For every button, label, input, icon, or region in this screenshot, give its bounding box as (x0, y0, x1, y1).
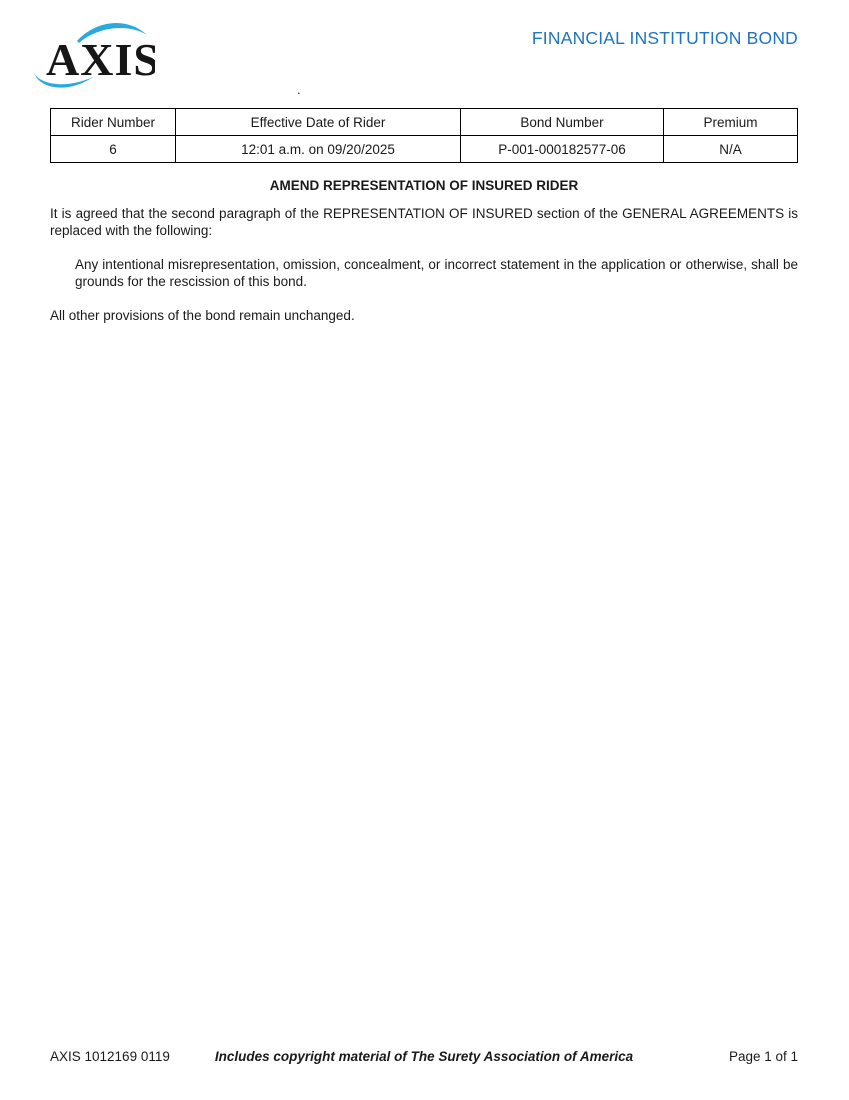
axis-logo: AXIS (33, 14, 155, 94)
table-header-bond-number: Bond Number (461, 109, 664, 136)
table-header-row: Rider Number Effective Date of Rider Bon… (51, 109, 798, 136)
footer-form-number: AXIS 1012169 0119 (50, 1049, 215, 1064)
table-header-effective-date: Effective Date of Rider (176, 109, 461, 136)
closing-paragraph: All other provisions of the bond remain … (50, 307, 798, 324)
amended-provision-paragraph: Any intentional misrepresentation, omiss… (75, 256, 798, 290)
table-header-rider-number: Rider Number (51, 109, 176, 136)
document-header-title: FINANCIAL INSTITUTION BOND (532, 28, 798, 49)
document-page: AXIS FINANCIAL INSTITUTION BOND . Rider … (0, 0, 849, 1100)
table-cell-rider-number: 6 (51, 136, 176, 163)
rider-title: AMEND REPRESENTATION OF INSURED RIDER (50, 177, 798, 194)
page-footer: AXIS 1012169 0119 Includes copyright mat… (50, 1049, 798, 1064)
logo-wordmark: AXIS (46, 34, 155, 85)
table-cell-bond-number: P-001-000182577-06 (461, 136, 664, 163)
table-cell-premium: N/A (664, 136, 798, 163)
table-cell-effective-date: 12:01 a.m. on 09/20/2025 (176, 136, 461, 163)
table-header-premium: Premium (664, 109, 798, 136)
footer-page-indicator: Page 1 of 1 (633, 1049, 798, 1064)
table-row: 6 12:01 a.m. on 09/20/2025 P-001-0001825… (51, 136, 798, 163)
stray-period-mark: . (297, 82, 301, 97)
rider-info-table: Rider Number Effective Date of Rider Bon… (50, 108, 798, 163)
axis-logo-graphic: AXIS (33, 14, 155, 94)
document-body: Rider Number Effective Date of Rider Bon… (50, 108, 798, 324)
intro-paragraph: It is agreed that the second paragraph o… (50, 205, 798, 239)
footer-copyright-note: Includes copyright material of The Suret… (215, 1049, 633, 1064)
